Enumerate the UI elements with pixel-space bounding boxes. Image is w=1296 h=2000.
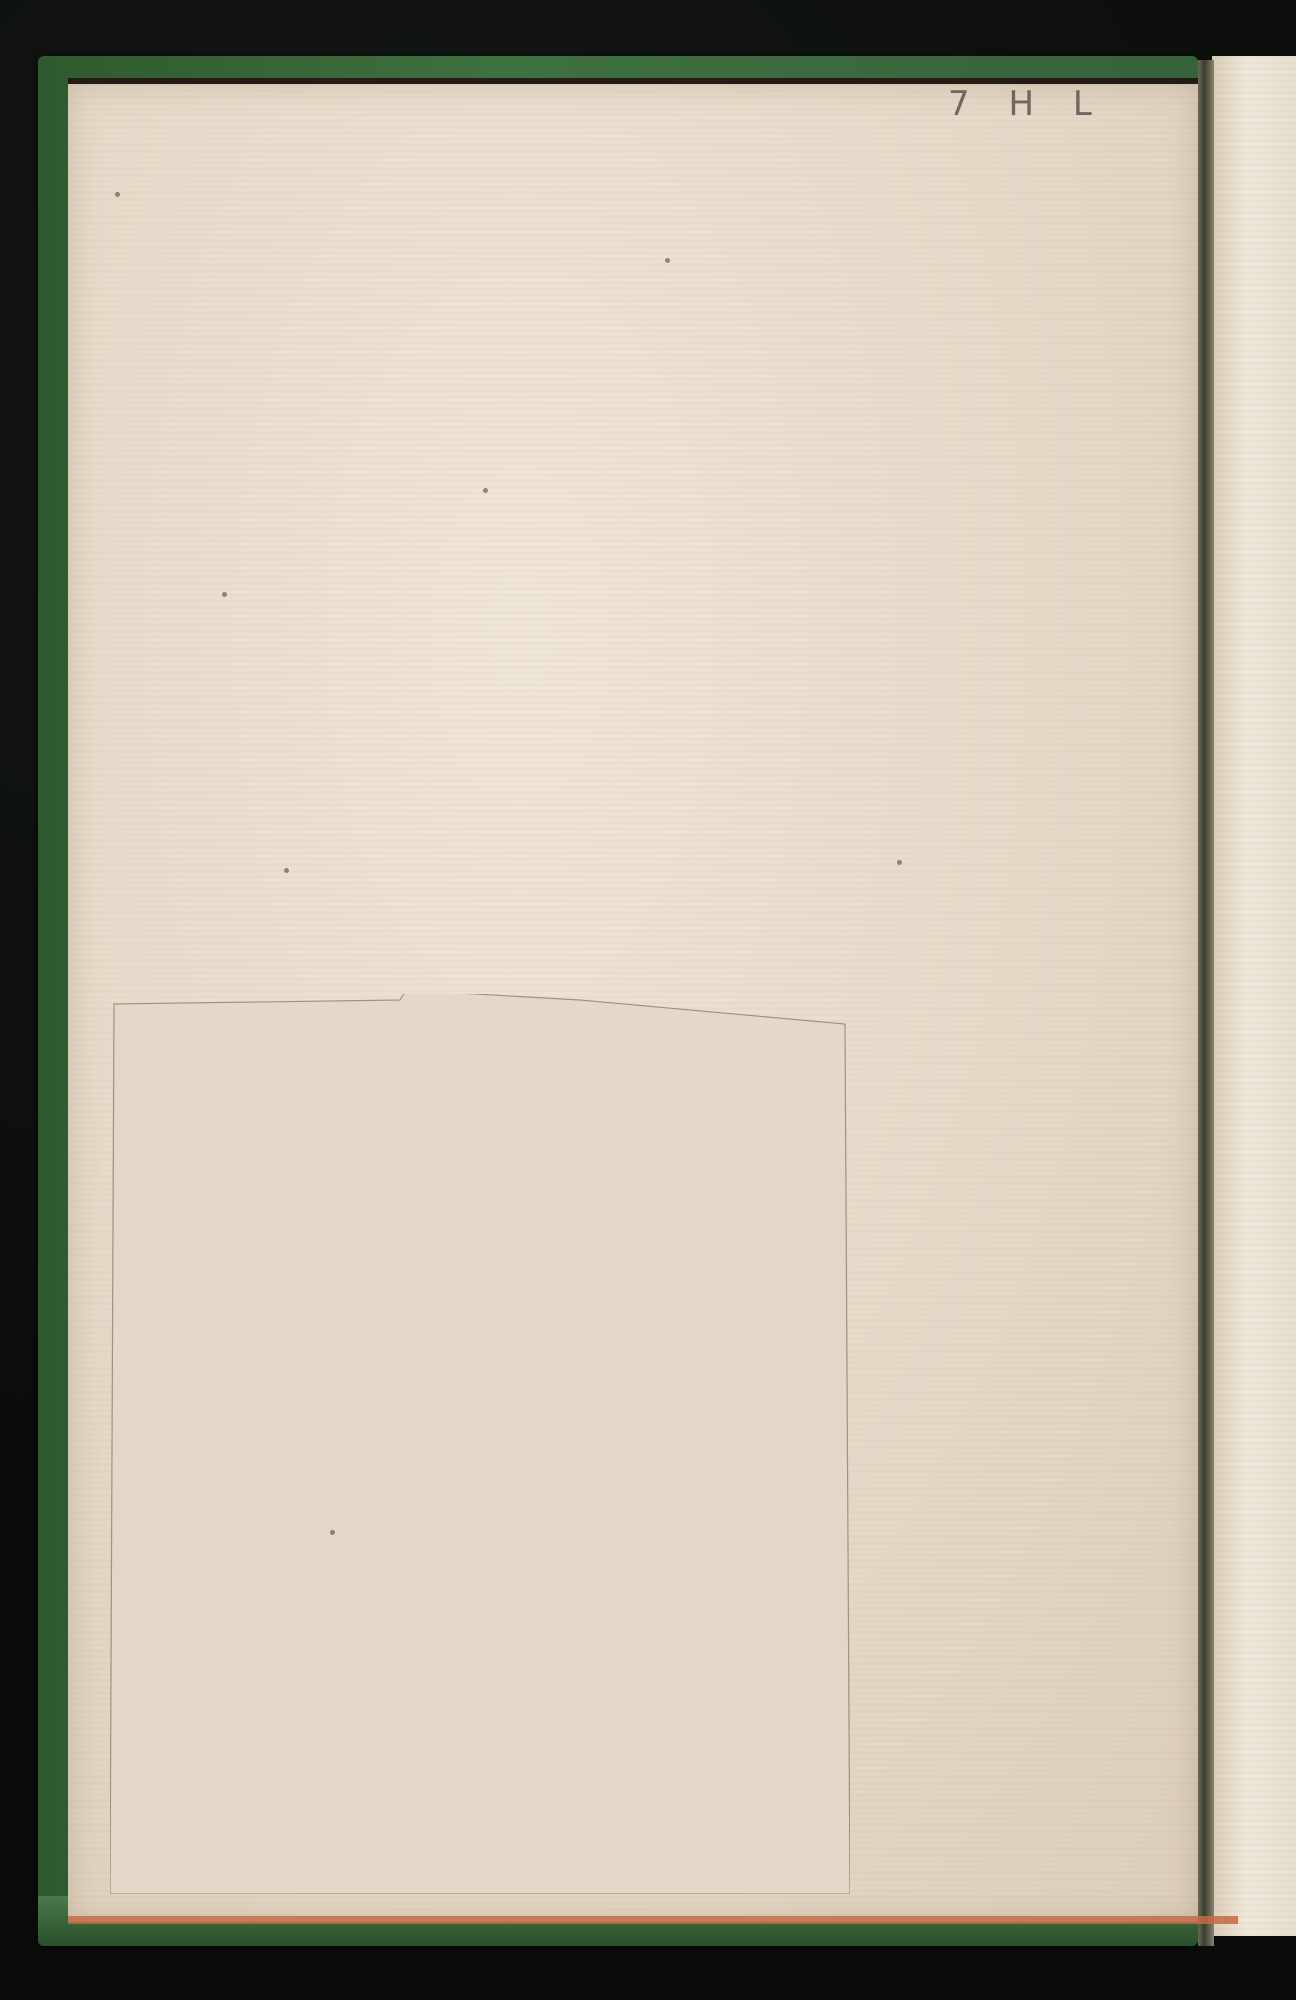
book-hinge-gutter: [1198, 60, 1214, 1946]
red-sprinkled-edge: [68, 1916, 1238, 1924]
foxing-spot: [897, 860, 902, 865]
foxing-spot: [115, 192, 120, 197]
foxing-spot: [483, 488, 488, 493]
foxing-spot: [665, 258, 670, 263]
pencil-annotation: 7 H L: [948, 84, 1106, 124]
foxing-spot: [222, 592, 227, 597]
facing-page-edge: [1212, 56, 1296, 1936]
pasted-paper-patch: [110, 994, 850, 1894]
foxing-spot: [330, 1530, 335, 1535]
foxing-spot: [284, 868, 289, 873]
